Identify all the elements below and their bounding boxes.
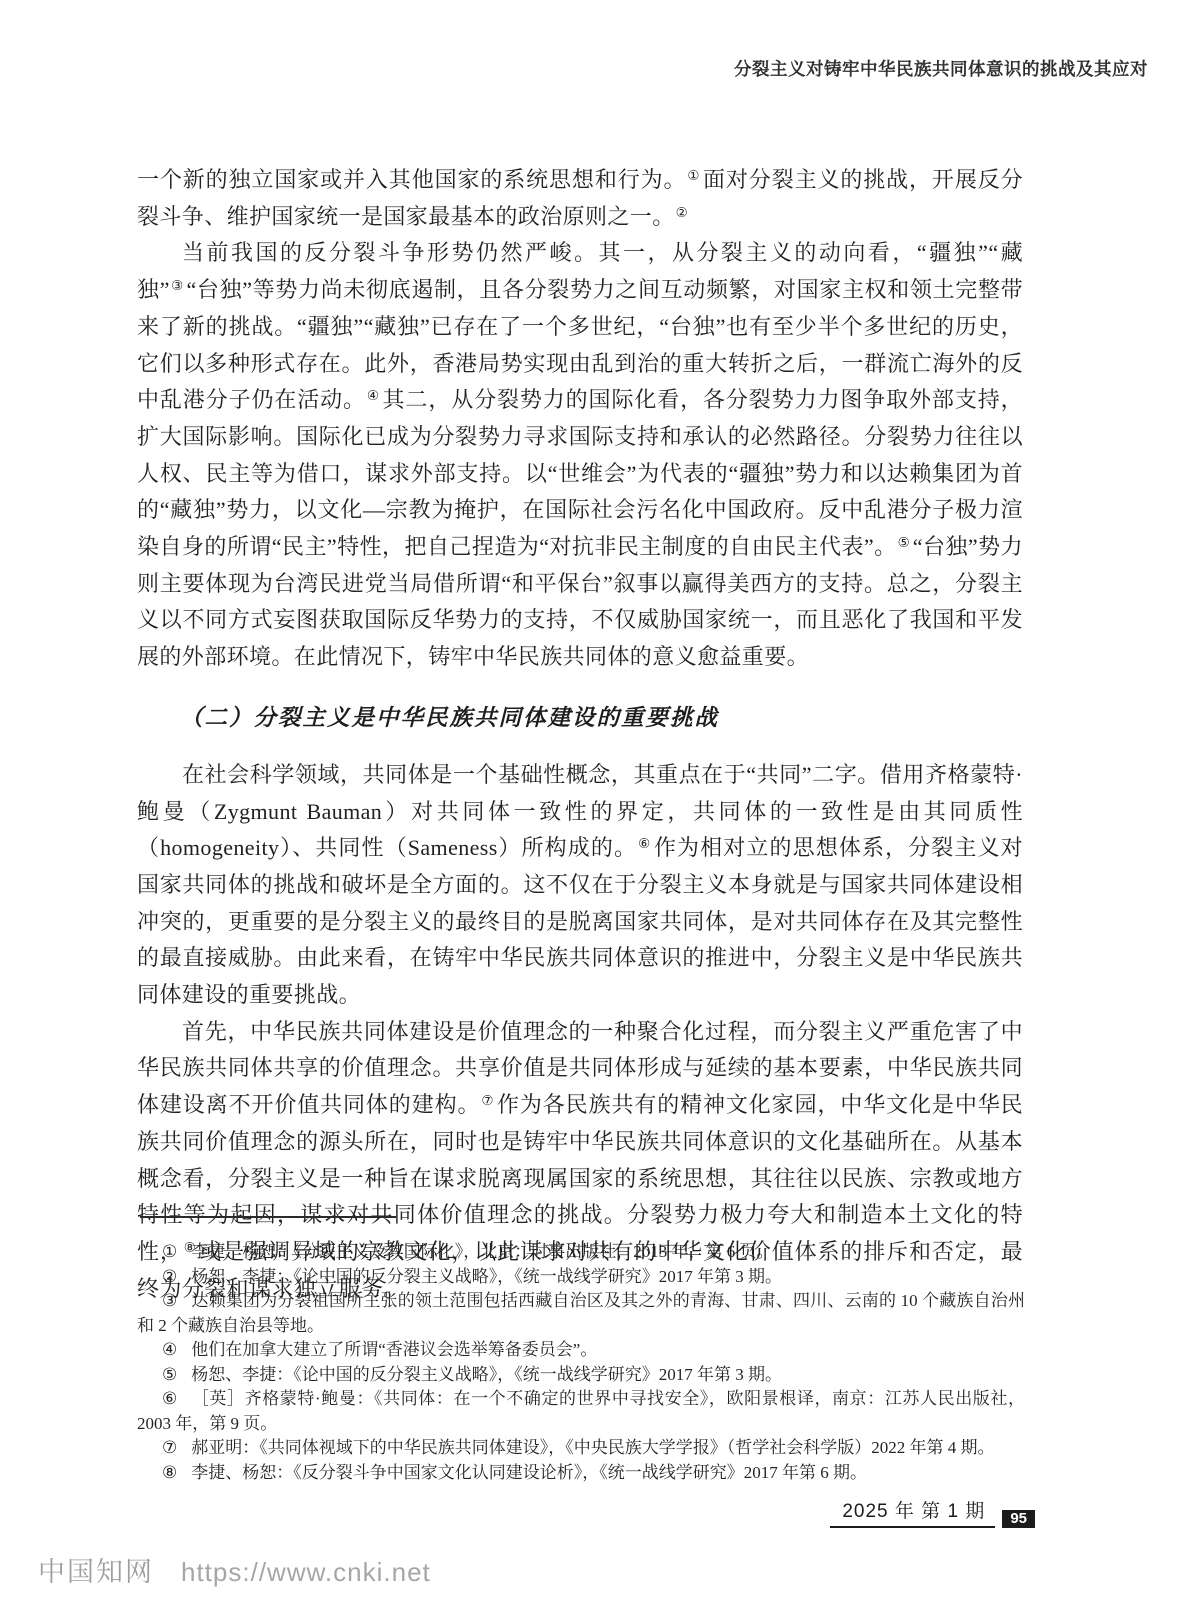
footnote-item: ②杨恕、李捷：《论中国的反分裂主义战略》，《统一战线学研究》2017 年第 3 … xyxy=(137,1265,1025,1290)
footnote-ref: ① xyxy=(687,168,700,183)
footnote-item: ⑧李捷、杨恕：《反分裂斗争中国家文化认同建设论析》，《统一战线学研究》2017 … xyxy=(137,1461,1025,1486)
footnote-item: ④他们在加拿大建立了所谓“香港议会选举筹备委员会”。 xyxy=(137,1338,1025,1363)
cnki-site-url: https://www.cnki.net xyxy=(181,1557,431,1588)
footnote-ref: ⑦ xyxy=(481,1093,494,1108)
page-number-badge: 95 xyxy=(1002,1510,1035,1528)
running-header: 分裂主义对铸牢中华民族共同体意识的挑战及其应对 xyxy=(734,56,1148,81)
footnote-number: ⑥ xyxy=(162,1389,178,1408)
footnote-number: ② xyxy=(162,1267,177,1286)
paragraphs-after-heading: 在社会科学领域，共同体是一个基础性概念，其重点在于“共同”二字。借用齐格蒙特·鲍… xyxy=(137,757,1023,1308)
footnote-item: ⑦郝亚明：《共同体视域下的中华民族共同体建设》，《中央民族大学学报》（哲学社会科… xyxy=(137,1436,1025,1461)
footnote-item: ③达赖集团为分裂祖国所主张的领土范围包括西藏自治区及其之外的青海、甘肃、四川、云… xyxy=(137,1289,1025,1338)
footnotes-block: ①李捷、杨恕：《分裂主义及其国际化》，北京：时事出版社，2013 年，第 6 页… xyxy=(137,1240,1025,1485)
body-paragraph: 一个新的独立国家或并入其他国家的系统思想和行为。①面对分裂主义的挑战，开展反分裂… xyxy=(137,162,1023,235)
page-footer: 2025 年 第 1 期 95 xyxy=(830,1496,1035,1528)
footnote-number: ⑧ xyxy=(162,1463,177,1482)
journal-page: 分裂主义对铸牢中华民族共同体意识的挑战及其应对 一个新的独立国家或并入其他国家的… xyxy=(0,0,1190,1615)
footnote-item: ⑤杨恕、李捷：《论中国的反分裂主义战略》，《统一战线学研究》2017 年第 3 … xyxy=(137,1363,1025,1388)
paragraphs-before-heading: 一个新的独立国家或并入其他国家的系统思想和行为。①面对分裂主义的挑战，开展反分裂… xyxy=(137,162,1023,676)
footnote-number: ③ xyxy=(162,1291,177,1310)
footnote-separator-rule xyxy=(140,1216,396,1218)
cnki-watermark: 中国知网 https://www.cnki.net xyxy=(38,1550,431,1589)
footnote-ref: ⑤ xyxy=(898,535,910,550)
article-body: 一个新的独立国家或并入其他国家的系统思想和行为。①面对分裂主义的挑战，开展反分裂… xyxy=(137,162,1023,1307)
issue-label: 2025 年 第 1 期 xyxy=(830,1496,995,1528)
footnote-item: ①李捷、杨恕：《分裂主义及其国际化》，北京：时事出版社，2013 年，第 6 页… xyxy=(137,1240,1025,1265)
footnote-ref: ⑥ xyxy=(638,836,651,851)
body-paragraph: 当前我国的反分裂斗争形势仍然严峻。其一，从分裂主义的动向看，“疆独”“藏独”③“… xyxy=(137,235,1023,675)
footnote-number: ① xyxy=(162,1242,177,1261)
footnote-number: ⑤ xyxy=(162,1365,177,1384)
footnote-item: ⑥［英］齐格蒙特·鲍曼：《共同体：在一个不确定的世界中寻找安全》，欧阳景根译，南… xyxy=(137,1387,1025,1436)
footnote-number: ④ xyxy=(162,1340,177,1359)
body-paragraph: 在社会科学领域，共同体是一个基础性概念，其重点在于“共同”二字。借用齐格蒙特·鲍… xyxy=(137,757,1023,1014)
footnote-ref: ③ xyxy=(171,278,184,293)
section-heading: （二）分裂主义是中华民族共同体建设的重要挑战 xyxy=(137,699,1023,737)
footnote-ref: ② xyxy=(676,205,688,220)
footnote-number: ⑦ xyxy=(162,1438,177,1457)
footnote-ref: ④ xyxy=(367,388,380,403)
cnki-site-name: 中国知网 xyxy=(38,1550,154,1589)
